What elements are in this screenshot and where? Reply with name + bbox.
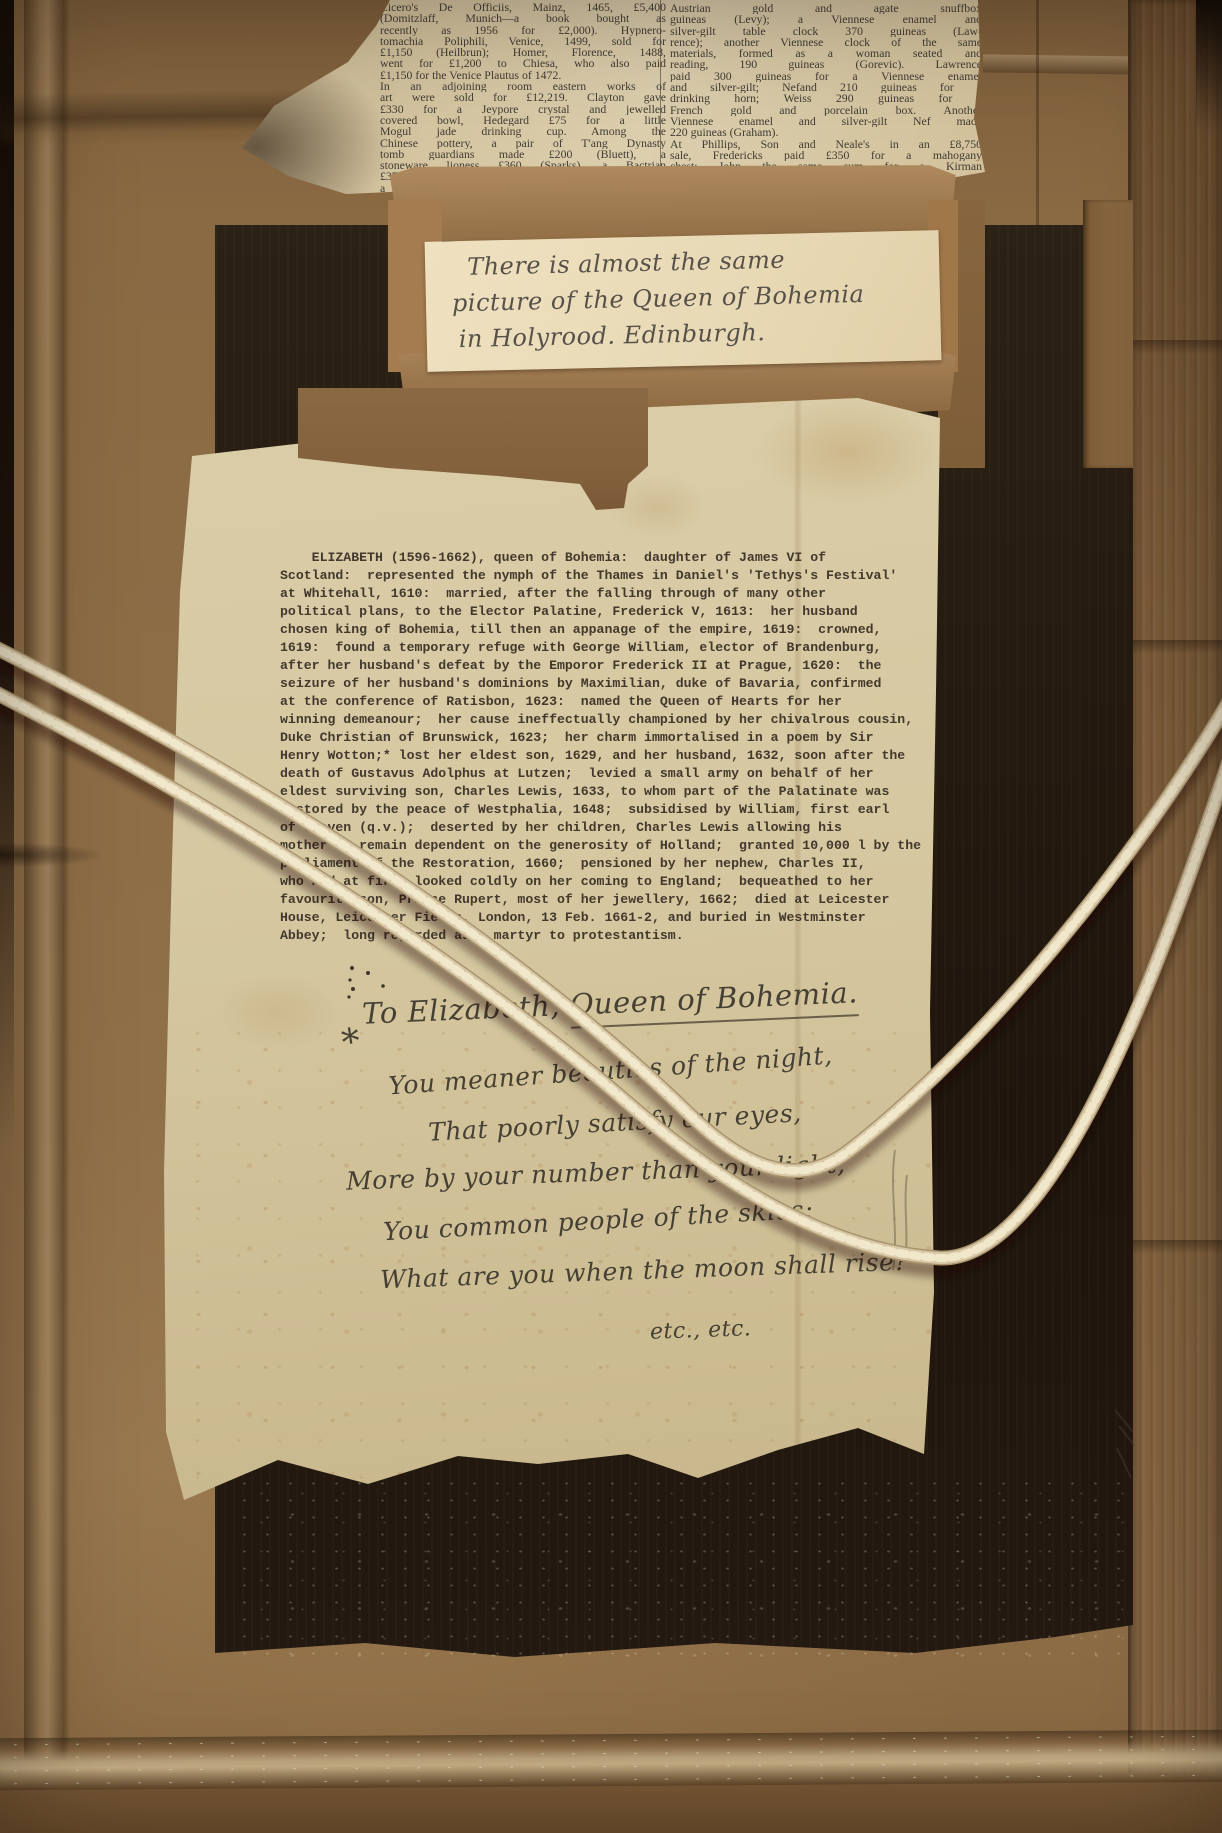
typed-biography: ELIZABETH (1596-1662), queen of Bohemia:… [280,549,942,945]
text-line: chosen king of Bohemia, till then an app… [280,621,942,639]
text-line: eldest surviving son, Charles Lewis, 163… [280,783,942,801]
text-line: rence); another Viennese clock of the sa… [670,37,982,48]
text-line: death of Gustavus Adolphus at Lutzen; le… [280,765,942,783]
text-line: and silver-gilt; Nefand 210 guineas for … [670,82,982,93]
text-line: reading, 190 guineas (Gorevic). Lawrence [670,59,982,70]
text-line: favourite son, Prince Rupert, most of he… [280,891,942,909]
text-line: covered bowl, Hedegard £75 for a little [380,115,666,126]
text-line: Chinese pottery, a pair of T'ang Dynasty [380,138,666,149]
text-line: restored by the peace of Westphalia, 164… [280,801,942,819]
text-line: materials, formed as a woman seated and [670,48,982,59]
text-line: tomachia Poliphili, Venice, 1499, sold f… [380,36,666,47]
board-crease-mark [0,843,100,867]
frame-right-crease [1128,1240,1222,1254]
text-line: paid 300 guineas for a Viennese enamel [670,71,982,82]
board-seam-vertical [1036,0,1039,230]
text-line: seizure of her husband's dominions by Ma… [280,675,942,693]
text-line: winning demeanour; her cause ineffectual… [280,711,942,729]
text-line: parliament of the Restoration, 1660; pen… [280,855,942,873]
text-line: Duke Christian of Brunswick, 1623; her c… [280,729,942,747]
text-line: £1,150 for the Venice Plautus of 1472. [380,70,666,81]
text-line: Mogul jade drinking cup. Among the [380,126,666,137]
framed-picture-back-photo: Cicero's De Officiis, Mainz, 1465, £5,40… [0,0,1222,1833]
text-line: House, Leicester Fields, London, 13 Feb.… [280,909,942,927]
text-line: went for £1,200 to Chiesa, who also paid [380,58,666,69]
text-line: 220 guineas (Graham). [670,127,982,138]
text-line: silver-gilt table clock 370 guineas (Law… [670,26,982,37]
text-line: Abbey; long regarded as a martyr to prot… [280,927,942,945]
handwritten-label: There is almost the samepicture of the Q… [425,230,942,372]
text-line: (Domitzlaff, Munich—a book bought as [380,13,666,24]
text-line: In an adjoining room eastern works of [380,81,666,92]
text-line: At Phillips, Son and Neale's in an £8,75… [670,139,982,150]
text-line: political plans, to the Elector Palatine… [280,603,942,621]
text-line: £330 for a Jeypore crystal and jewelled [380,104,666,115]
board-seam-left [24,0,70,1833]
frame-edge-right [1128,0,1222,1833]
text-line: Austrian gold and agate snuffbox [670,3,982,14]
text-line: Cicero's De Officiis, Mainz, 1465, £5,40… [380,2,666,13]
text-line: at Whitehall, 1610: married, after the f… [280,585,942,603]
text-line: Scotland: represented the nymph of the T… [280,567,942,585]
frame-edge-left [0,0,14,1150]
text-line: at the conference of Ratisbon, 1623: nam… [280,693,942,711]
text-line: ELIZABETH (1596-1662), queen of Bohemia:… [280,549,942,567]
text-line: art were sold for £12,219. Clayton gave [380,92,666,103]
text-line: after her husband's defeat by the Emporo… [280,657,942,675]
text-line: Henry Wotton;* lost her eldest son, 1629… [280,747,942,765]
text-line: French gold and porcelain box. Another [670,105,982,116]
etc-mark: etc., etc. [650,1316,752,1345]
clipping-column-divider [660,0,661,180]
text-line: Viennese enamel and silver-gilt Nef made [670,116,982,127]
frame-corner-dark [1196,0,1222,132]
text-line: mother to remain dependent on the genero… [280,837,942,855]
text-line: recently as 1956 for £2,000). Hypnero- [380,25,666,36]
text-line: £1,150 (Heilbrun); Homer, Florence, 1488… [380,47,666,58]
panel-dust-speckles [230,1470,1130,1660]
frame-right-crease [1128,640,1222,654]
kraft-strip-over-panel [1083,200,1133,468]
frame-edge-bottom-ridge [0,1730,1222,1791]
text-line: tomb guardians made £200 (Bluett), a [380,149,666,160]
text-line: drinking horn; Weiss 290 guineas for a [670,93,982,104]
text-line: who had at first looked coldly on her co… [280,873,942,891]
text-line: 1619: found a temporary refuge with Geor… [280,639,942,657]
frame-right-crease [1128,340,1222,354]
text-line: sale, Fredericks paid £350 for a mahogan… [670,150,982,161]
text-line: guineas (Levy); a Viennese enamel and [670,14,982,25]
text-line: of Craven (q.v.); deserted by her childr… [280,819,942,837]
